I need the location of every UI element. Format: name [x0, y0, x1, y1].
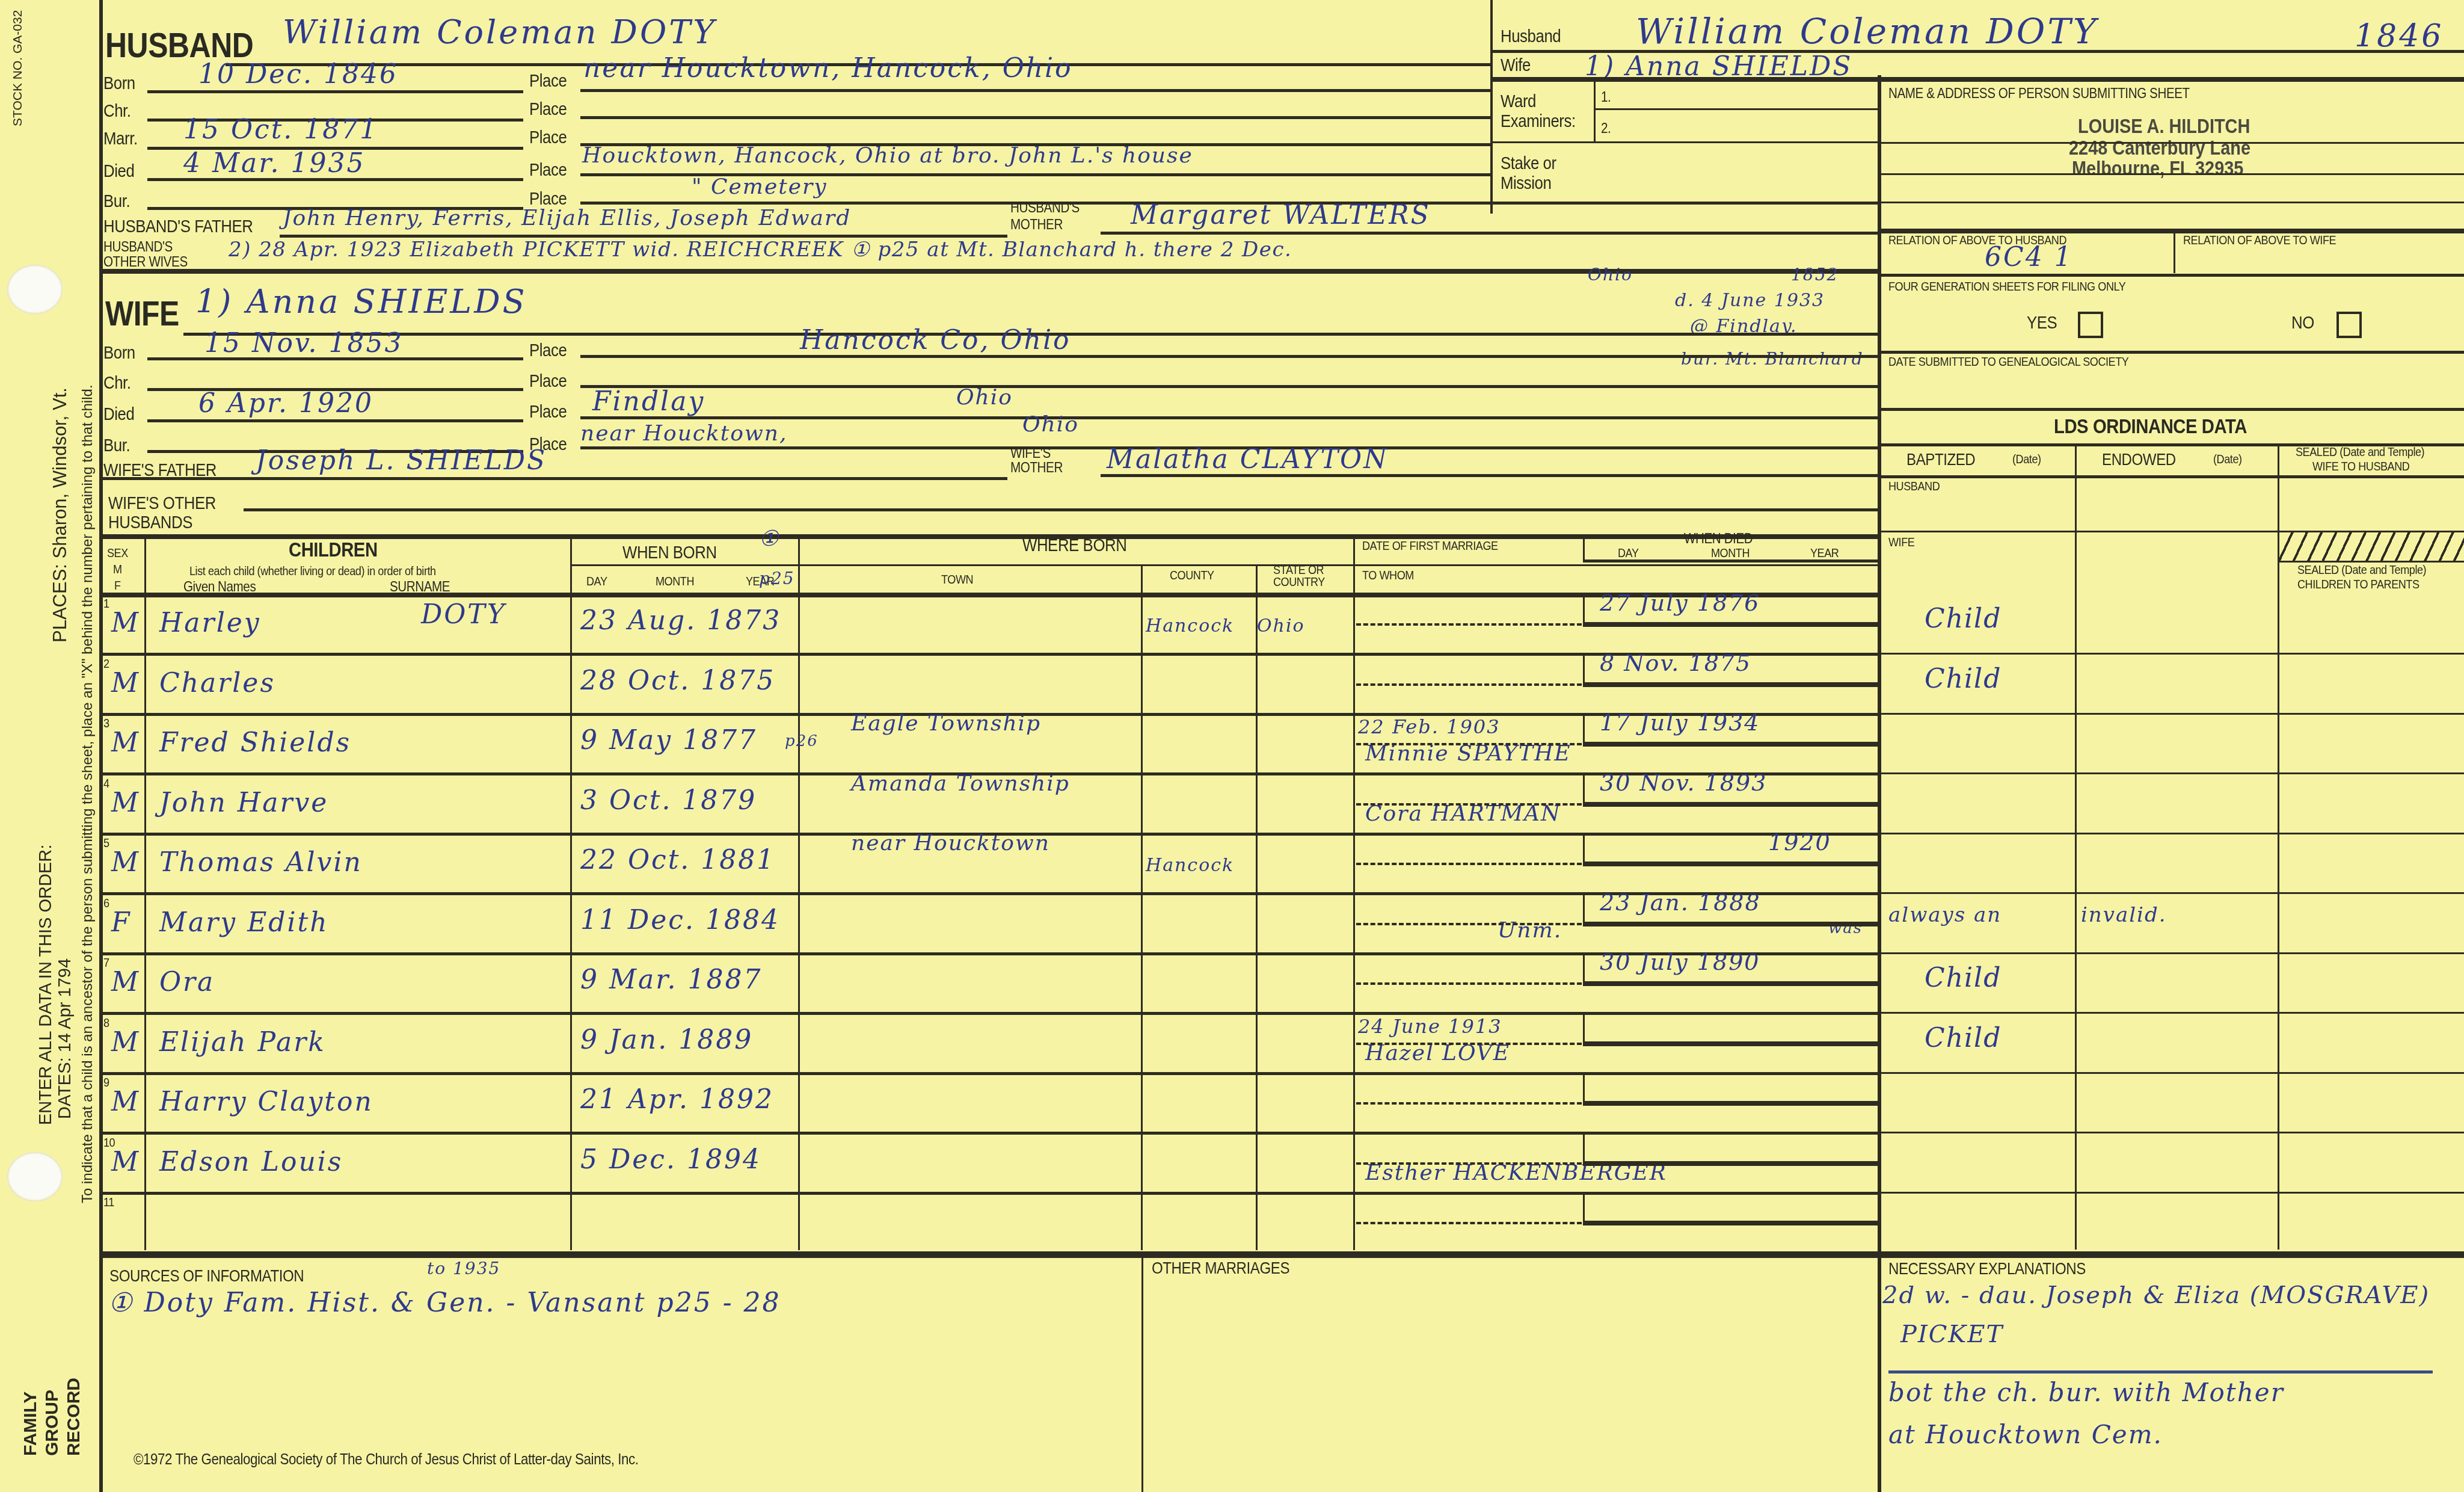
child-born[interactable]: 9 May 1877: [580, 725, 757, 756]
other-marriages-label: OTHER MARRIAGES: [1152, 1259, 1289, 1278]
side-enter-order: ENTER ALL DATA IN THIS ORDER:: [36, 845, 56, 1125]
row-line: [99, 1012, 1878, 1015]
line: [1583, 1161, 1878, 1166]
child-given-name[interactable]: Ora: [159, 967, 215, 997]
child-number: 8: [103, 1016, 109, 1031]
wife-mother[interactable]: Malatha CLAYTON: [1107, 444, 1389, 475]
line: [1490, 141, 1878, 143]
child-sex[interactable]: M: [111, 847, 140, 878]
husband-other-wives-label-1: HUSBAND'S: [103, 239, 173, 256]
line: [244, 508, 1878, 511]
sources-label: SOURCES OF INFORMATION: [109, 1266, 304, 1286]
line: [580, 89, 1490, 92]
child-born[interactable]: 23 Aug. 1873: [580, 605, 781, 636]
sources-note: to 1935: [427, 1259, 500, 1278]
rel-husband[interactable]: 6C4 1: [1985, 242, 2073, 273]
child-died[interactable]: 17 July 1934: [1600, 709, 1760, 736]
when-died-label: WHEN DIED: [1684, 531, 1753, 547]
row-line: [1879, 1192, 2464, 1194]
copyright: ©1972 The Genealogical Society of The Ch…: [134, 1450, 639, 1469]
lds-sealed-wife-label-1: SEALED (Date and Temple): [2296, 445, 2424, 460]
wife-born-label: Born: [103, 343, 135, 363]
title-family: FAMILY: [20, 1392, 41, 1456]
line: [99, 477, 1007, 480]
header-year[interactable]: 1846: [2355, 18, 2444, 54]
child-born[interactable]: 21 Apr. 1892: [580, 1084, 774, 1115]
place-label: Place: [529, 99, 567, 120]
husband-chr-label: Chr.: [103, 101, 131, 122]
child-given-name[interactable]: Harley: [159, 608, 261, 638]
husband-mother-label-1: HUSBAND'S: [1010, 200, 1080, 217]
examiner-2[interactable]: 2.: [1601, 120, 1611, 137]
child-born[interactable]: 22 Oct. 1881: [580, 845, 775, 875]
line: [2174, 230, 2175, 273]
child-born[interactable]: 28 Oct. 1875: [580, 665, 775, 696]
husband-mother[interactable]: Margaret WALTERS: [1131, 200, 1431, 230]
line: [1583, 1101, 1878, 1106]
child-sex[interactable]: M: [111, 608, 140, 638]
explanations-label: NECESSARY EXPLANATIONS: [1888, 1259, 2086, 1278]
row-line: [1879, 833, 2464, 834]
line: [1101, 232, 1878, 235]
dashed-line: [1356, 1102, 1582, 1105]
lds-child-baptized[interactable]: Child: [1925, 664, 2002, 694]
line: [1879, 351, 2464, 354]
wife-name[interactable]: 1) Anna SHIELDS: [195, 283, 527, 321]
child-given-name[interactable]: Thomas Alvin: [159, 847, 363, 878]
other-wives-note-ohio: Ohio: [1588, 265, 1633, 285]
lds-wife-label: WIFE: [1888, 535, 1914, 550]
child-sex[interactable]: M: [111, 788, 140, 818]
child-born[interactable]: 9 Jan. 1889: [580, 1025, 753, 1055]
child-county[interactable]: Hancock: [1146, 855, 1234, 876]
line: [1879, 142, 2464, 144]
line: [147, 419, 523, 422]
line: [1594, 108, 1878, 110]
lds-child-endowed[interactable]: invalid.: [2081, 903, 2167, 927]
child-state[interactable]: Ohio: [1257, 615, 1305, 637]
child-sex[interactable]: M: [111, 668, 140, 698]
child-number: 1: [103, 597, 109, 611]
line: [147, 178, 523, 181]
examiner-1[interactable]: 1.: [1601, 89, 1611, 106]
line: [580, 116, 1490, 119]
husband-marr-label: Marr.: [103, 129, 138, 149]
submitter-label: NAME & ADDRESS OF PERSON SUBMITTING SHEE…: [1888, 85, 2190, 102]
child-given-name[interactable]: Elijah Park: [159, 1027, 326, 1058]
dashed-line: [1356, 623, 1582, 626]
lds-sealed-children-label-1: SEALED (Date and Temple): [2297, 563, 2426, 578]
wife-other-husbands-label-1: WIFE'S OTHER: [108, 493, 216, 514]
husband-marr[interactable]: 15 Oct. 1871: [183, 114, 378, 145]
line: [580, 416, 1878, 419]
dashed-line: [1356, 923, 1582, 925]
child-given-name[interactable]: John Harve: [159, 788, 328, 818]
line: [1141, 1254, 1143, 1492]
when-born-label: WHEN BORN: [622, 543, 717, 563]
lds-sealed-wife-label-2: WIFE TO HUSBAND: [2312, 460, 2409, 474]
children-label: CHILDREN: [289, 538, 378, 562]
child-born[interactable]: 3 Oct. 1879: [580, 785, 757, 816]
line: [147, 357, 523, 360]
lds-date-label: (Date): [2213, 452, 2242, 467]
header-husband-name[interactable]: William Coleman DOTY: [1636, 11, 2098, 52]
line: [1583, 981, 1878, 986]
to-whom-label: TO WHOM: [1362, 569, 1414, 583]
lds-child-baptized[interactable]: always an: [1888, 903, 2002, 927]
place-label: Place: [529, 160, 567, 180]
four-gen-label: FOUR GENERATION SHEETS FOR FILING ONLY: [1888, 280, 2125, 294]
lds-child-baptized[interactable]: Child: [1925, 1023, 2002, 1053]
submitter-street: 2248 Canterbury Lane: [2069, 137, 2250, 159]
yes-checkbox[interactable]: [2078, 312, 2103, 338]
child-town-note: p26: [785, 732, 819, 750]
died-month-label: MONTH: [1711, 546, 1750, 561]
husband-bur-label: Bur.: [103, 191, 130, 212]
col-county: [1141, 564, 1143, 1250]
header-wife-label: Wife: [1501, 55, 1531, 76]
wife-died-label: Died: [103, 404, 134, 425]
row-line: [1879, 772, 2464, 774]
side-dates: DATES: 14 Apr 1794: [55, 958, 75, 1119]
husband-died-place[interactable]: Houcktown, Hancock, Ohio at bro. John L.…: [582, 143, 1193, 168]
line: [1879, 274, 2464, 277]
child-sex[interactable]: M: [111, 1087, 140, 1117]
ward-label-1: Ward: [1501, 91, 1536, 112]
husband-died-label: Died: [103, 161, 134, 182]
binder-hole-top: [7, 265, 63, 314]
explanation-4[interactable]: at Houcktown Cem.: [1888, 1420, 2163, 1449]
child-died[interactable]: 23 Jan. 1888: [1600, 889, 1761, 916]
line: [580, 355, 1878, 358]
county-label: COUNTY: [1170, 569, 1214, 583]
col-died: [1583, 534, 1585, 561]
title-record: RECORD: [64, 1378, 84, 1456]
line: [1583, 834, 1585, 864]
wife-label: WIFE: [105, 294, 179, 334]
side-indicate-note: To indicate that a child is an ancestor …: [79, 384, 96, 1203]
month-label: MONTH: [656, 575, 694, 589]
line: [571, 564, 1878, 566]
year-note: p25: [759, 569, 795, 588]
frame-header-divider: [1490, 0, 1493, 214]
when-born-note: ①: [759, 526, 779, 551]
died-day-label: DAY: [1618, 546, 1639, 561]
wife-died-place[interactable]: Findlay: [592, 386, 705, 417]
row-line: [1879, 892, 2464, 894]
line: [147, 90, 523, 93]
town-label: TOWN: [941, 573, 973, 587]
child-number: 3: [103, 717, 109, 731]
dashed-line: [1356, 863, 1582, 865]
child-sex[interactable]: M: [111, 1027, 140, 1058]
dashed-line: [1356, 683, 1582, 686]
line: [2278, 443, 2279, 1250]
col-state: [1256, 564, 1258, 1250]
m-label: M: [113, 563, 122, 577]
submitter-name: LOUISE A. HILDITCH: [2078, 116, 2250, 137]
lds-endowed-label: ENDOWED: [2102, 450, 2176, 469]
line: [1879, 173, 2464, 175]
husband-other-wives[interactable]: 2) 28 Apr. 1923 Elizabeth PICKETT wid. R…: [229, 238, 1292, 262]
line: [2075, 443, 2077, 1250]
title-group: GROUP: [42, 1390, 63, 1456]
child-given-name[interactable]: Fred Shields: [159, 727, 351, 758]
row-line: [99, 1072, 1878, 1075]
where-born-label: WHERE BORN: [1022, 535, 1126, 556]
line: [1879, 229, 2464, 233]
child-surname[interactable]: DOTY: [421, 599, 506, 630]
wife-born[interactable]: 15 Nov. 1853: [204, 328, 404, 359]
husband-born-place[interactable]: near Houcktown, Hancock, Ohio: [583, 53, 1073, 84]
row-line: [1879, 1012, 2464, 1014]
line: [1583, 682, 1878, 687]
child-town[interactable]: Eagle Township: [851, 711, 1041, 736]
marriage-label: DATE OF FIRST MARRIAGE: [1362, 539, 1498, 553]
row-line: [1879, 952, 2464, 954]
dashed-line: [1356, 743, 1582, 745]
line: [1583, 1041, 1878, 1046]
wife-born-place[interactable]: Hancock Co, Ohio: [800, 325, 1071, 356]
wife-mother-label-2: MOTHER: [1010, 460, 1063, 476]
line: [1583, 922, 1878, 926]
wife-chr-label: Chr.: [103, 373, 131, 393]
binder-hole-bottom: [7, 1152, 63, 1201]
line: [1583, 1193, 1585, 1223]
child-died[interactable]: 30 Nov. 1893: [1600, 769, 1767, 796]
child-marriage-date[interactable]: 24 June 1913: [1358, 1015, 1502, 1038]
child-died[interactable]: 8 Nov. 1875: [1600, 650, 1751, 676]
line: [1583, 1073, 1585, 1103]
line: [1583, 559, 1878, 563]
place-label: Place: [529, 371, 567, 392]
child-town[interactable]: Amanda Township: [851, 771, 1070, 796]
rel-wife-label: RELATION OF ABOVE TO WIFE: [2183, 233, 2336, 248]
other-wives-note-death: d. 4 June 1933: [1675, 290, 1825, 311]
lds-hatch: [2279, 532, 2464, 561]
dashed-line: [1356, 803, 1582, 806]
explanation-1[interactable]: 2d w. - dau. Joseph & Eliza (MOSGRAVE): [1882, 1281, 2430, 1309]
place-label: Place: [529, 402, 567, 422]
died-year-label: YEAR: [1810, 546, 1839, 561]
child-died[interactable]: 1920: [1768, 829, 1831, 855]
row-line: [1879, 653, 2464, 655]
dashed-line: [1356, 1162, 1582, 1165]
child-town[interactable]: near Houcktown: [851, 831, 1050, 855]
line: [1583, 862, 1878, 866]
child-sex[interactable]: M: [111, 1147, 140, 1177]
child-number: 9: [103, 1076, 109, 1090]
place-label: Place: [529, 71, 567, 91]
line: [1879, 475, 2464, 478]
other-wives-note-burial: bur. Mt. Blanchard: [1681, 349, 1864, 369]
wife-other-husbands-label-2: HUSBANDS: [108, 513, 192, 533]
line: [1888, 1370, 2433, 1373]
place-label: Place: [529, 341, 567, 361]
child-born[interactable]: 9 Mar. 1887: [580, 964, 762, 995]
husband-other-wives-label-2: OTHER WIVES: [103, 254, 188, 271]
child-number: 5: [103, 836, 109, 851]
child-county[interactable]: Hancock: [1146, 615, 1234, 637]
child-sex[interactable]: M: [111, 967, 140, 997]
line: [1490, 77, 2464, 82]
child-born[interactable]: 5 Dec. 1894: [580, 1144, 761, 1175]
side-places: PLACES: Sharon, Windsor, Vt.: [49, 387, 71, 643]
ward-label-2: Examiners:: [1501, 111, 1576, 132]
frame-left: [99, 0, 103, 1492]
children-sub: List each child (whether living or dead)…: [189, 564, 436, 579]
no-checkbox[interactable]: [2336, 312, 2362, 338]
child-sex[interactable]: M: [111, 727, 140, 758]
husband-father-label: HUSBAND'S FATHER: [103, 217, 253, 237]
line: [1879, 408, 2464, 411]
wife-died-place-state[interactable]: Ohio: [956, 385, 1013, 410]
sex-label: SEX: [107, 546, 128, 561]
child-number: 2: [103, 657, 109, 671]
lds-date-label: (Date): [2012, 452, 2041, 467]
line: [1583, 1014, 1585, 1044]
explanation-3[interactable]: bot the ch. bur. with Mother: [1888, 1378, 2284, 1407]
date-submitted-label: DATE SUBMITTED TO GENEALOGICAL SOCIETY: [1888, 355, 2128, 369]
stake-label-1: Stake or: [1501, 153, 1556, 174]
row-line: [99, 1132, 1878, 1135]
line: [2278, 561, 2464, 563]
child-marriage-date[interactable]: Unm.: [1498, 918, 1562, 943]
child-sex[interactable]: F: [111, 907, 132, 938]
line: [1583, 802, 1878, 807]
lds-sealed-children-label-2: CHILDREN TO PARENTS: [2297, 578, 2419, 592]
line: [1583, 774, 1585, 804]
place-label: Place: [529, 128, 567, 148]
dashed-line: [1356, 1043, 1582, 1045]
child-marriage-date[interactable]: 22 Feb. 1903: [1358, 715, 1501, 738]
state-label-2: COUNTRY: [1273, 575, 1325, 590]
no-label: NO: [2291, 313, 2314, 333]
lds-child-baptized[interactable]: Child: [1925, 963, 2002, 993]
child-given-name[interactable]: Edson Louis: [159, 1147, 343, 1177]
line: [1101, 474, 1878, 477]
explanation-2[interactable]: PICKET: [1900, 1321, 2003, 1348]
submitter-city: Melbourne, FL 32935: [2072, 158, 2243, 179]
husband-name[interactable]: William Coleman DOTY: [283, 13, 717, 51]
line: [1583, 894, 1585, 924]
wife-died[interactable]: 6 Apr. 1920: [198, 388, 373, 419]
line: [1583, 1133, 1585, 1164]
stake-label-2: Mission: [1501, 173, 1551, 194]
child-died[interactable]: 30 July 1890: [1600, 949, 1760, 975]
child-number: 4: [103, 777, 109, 791]
row-line: [1879, 713, 2464, 715]
row-line: [99, 1192, 1878, 1195]
child-number: 11: [103, 1195, 114, 1210]
wife-bur-label: Bur.: [103, 436, 130, 456]
husband-mother-label-2: MOTHER: [1010, 217, 1063, 233]
wife-father[interactable]: Joseph L. SHIELDS: [256, 445, 547, 476]
child-number: 6: [103, 896, 109, 911]
line: [99, 1253, 2464, 1258]
wife-bur-place[interactable]: near Houcktown,: [580, 421, 787, 446]
line: [1583, 655, 1585, 685]
child-given-name[interactable]: Mary Edith: [159, 907, 329, 938]
line: [1583, 714, 1585, 744]
lds-child-baptized[interactable]: Child: [1925, 603, 2002, 634]
row-line: [1879, 1072, 2464, 1074]
day-label: DAY: [586, 575, 607, 589]
header-husband-label: Husband: [1501, 26, 1561, 47]
husband-father[interactable]: John Henry, Ferris, Elijah Ellis, Joseph…: [283, 206, 851, 230]
lds-baptized-label: BAPTIZED: [1906, 450, 1975, 469]
child-born[interactable]: 11 Dec. 1884: [580, 905, 780, 936]
child-number: 7: [103, 956, 109, 970]
sources-text[interactable]: ① Doty Fam. Hist. & Gen. - Vansant p25 -…: [108, 1287, 781, 1318]
line: [1879, 202, 2464, 203]
husband-bur-place[interactable]: " Cemetery: [692, 174, 828, 199]
stock-number: STOCK NO. GA-032: [11, 10, 25, 126]
frame-right-column: [1878, 75, 1881, 1492]
line: [1583, 594, 1585, 624]
dashed-line: [1356, 982, 1582, 985]
child-died[interactable]: 27 July 1876: [1600, 590, 1760, 616]
yes-label: YES: [2027, 313, 2057, 333]
child-given-name[interactable]: Harry Clayton: [159, 1087, 373, 1117]
f-label: F: [114, 579, 121, 593]
row-line: [1879, 1132, 2464, 1133]
dashed-line: [1356, 1222, 1582, 1224]
lds-husband-label: HUSBAND: [1888, 479, 1940, 494]
other-wives-note-year: 1852: [1791, 265, 1839, 285]
line: [1583, 742, 1878, 747]
husband-born[interactable]: 10 Dec. 1846: [198, 59, 398, 90]
line: [1583, 1221, 1878, 1225]
line: [1583, 622, 1878, 627]
line: [580, 385, 1878, 388]
husband-died[interactable]: 4 Mar. 1935: [183, 148, 365, 179]
wife-bur-place-state[interactable]: Ohio: [1022, 412, 1079, 437]
child-given-name[interactable]: Charles: [159, 668, 275, 698]
line: [1583, 954, 1585, 984]
husband-born-label: Born: [103, 73, 135, 94]
lds-title: LDS ORDINANCE DATA: [2054, 415, 2247, 439]
